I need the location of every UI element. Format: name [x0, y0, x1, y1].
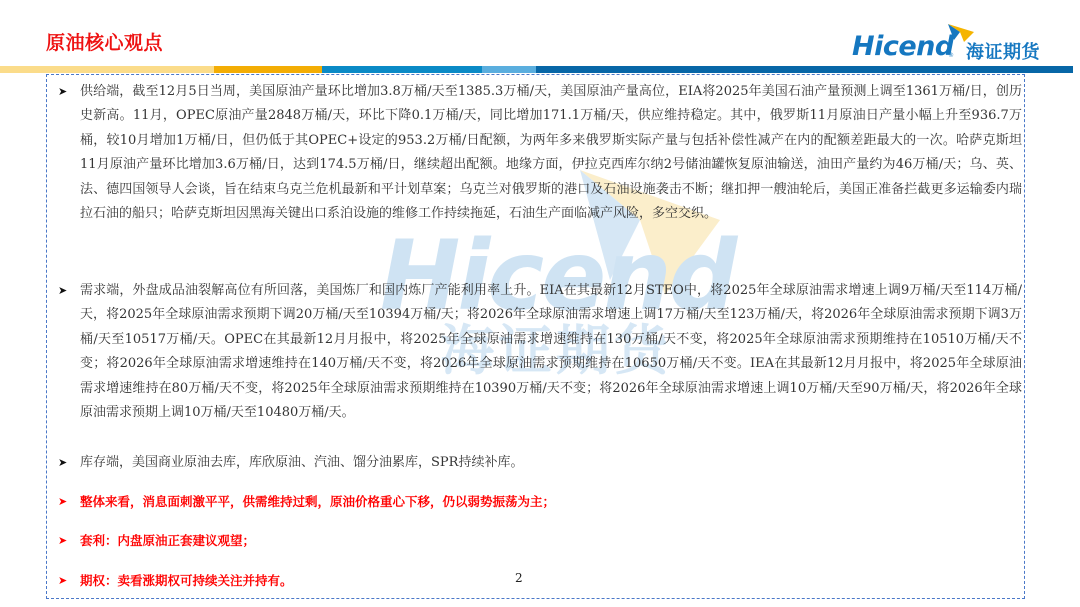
bullet-text: 套利：内盘原油正套建议观望；	[80, 529, 1022, 553]
logo-wordmark: Hicend	[852, 31, 954, 62]
bullet-text: 供给端，截至12月5日当周，美国原油产量环比增加3.8万桶/天至1385.3万桶…	[80, 80, 1022, 226]
header-stripe-3	[322, 66, 482, 73]
arrow-bullet-icon: ➤	[58, 529, 78, 553]
header-stripe-4	[482, 66, 536, 73]
bullet-inventory: ➤ 库存端，美国商业原油去库，库欣原油、汽油、馏分油累库，SPR持续补库。	[58, 451, 1022, 475]
header-stripe-5	[536, 66, 1073, 73]
registered-mark: ®	[948, 52, 954, 59]
bullet-arbitrage: ➤ 套利：内盘原油正套建议观望；	[58, 529, 1022, 553]
company-logo: Hicend ® 海证期货	[852, 22, 1052, 66]
arrow-bullet-icon: ➤	[58, 490, 78, 514]
arrow-bullet-icon: ➤	[58, 279, 78, 303]
bullet-options: ➤ 期权：卖看涨期权可持续关注并持有。	[58, 569, 1022, 593]
logo-chinese-name: 海证期货	[966, 38, 1040, 64]
page-number: 2	[515, 571, 523, 585]
bullet-text: 需求端，外盘成品油裂解高位有所回落，美国炼厂和国内炼厂产能利用率上升。EIA在其…	[80, 279, 1022, 425]
arrow-bullet-icon: ➤	[58, 451, 78, 475]
arrow-bullet-icon: ➤	[58, 569, 78, 593]
header-stripe-2	[214, 66, 322, 73]
page-title: 原油核心观点	[46, 28, 163, 55]
bullet-overall: ➤ 整体来看，消息面刺激平平，供需维持过剩，原油价格重心下移，仍以弱势振荡为主；	[58, 490, 1022, 514]
bullet-text: 库存端，美国商业原油去库，库欣原油、汽油、馏分油累库，SPR持续补库。	[80, 451, 1022, 475]
bullet-demand: ➤ 需求端，外盘成品油裂解高位有所回落，美国炼厂和国内炼厂产能利用率上升。EIA…	[58, 279, 1022, 425]
header-stripe-1	[0, 66, 214, 73]
bullet-text: 期权：卖看涨期权可持续关注并持有。	[80, 569, 1022, 593]
bullet-supply: ➤ 供给端，截至12月5日当周，美国原油产量环比增加3.8万桶/天至1385.3…	[58, 80, 1022, 226]
arrow-bullet-icon: ➤	[58, 80, 78, 104]
bullet-text: 整体来看，消息面刺激平平，供需维持过剩，原油价格重心下移，仍以弱势振荡为主；	[80, 490, 1022, 514]
